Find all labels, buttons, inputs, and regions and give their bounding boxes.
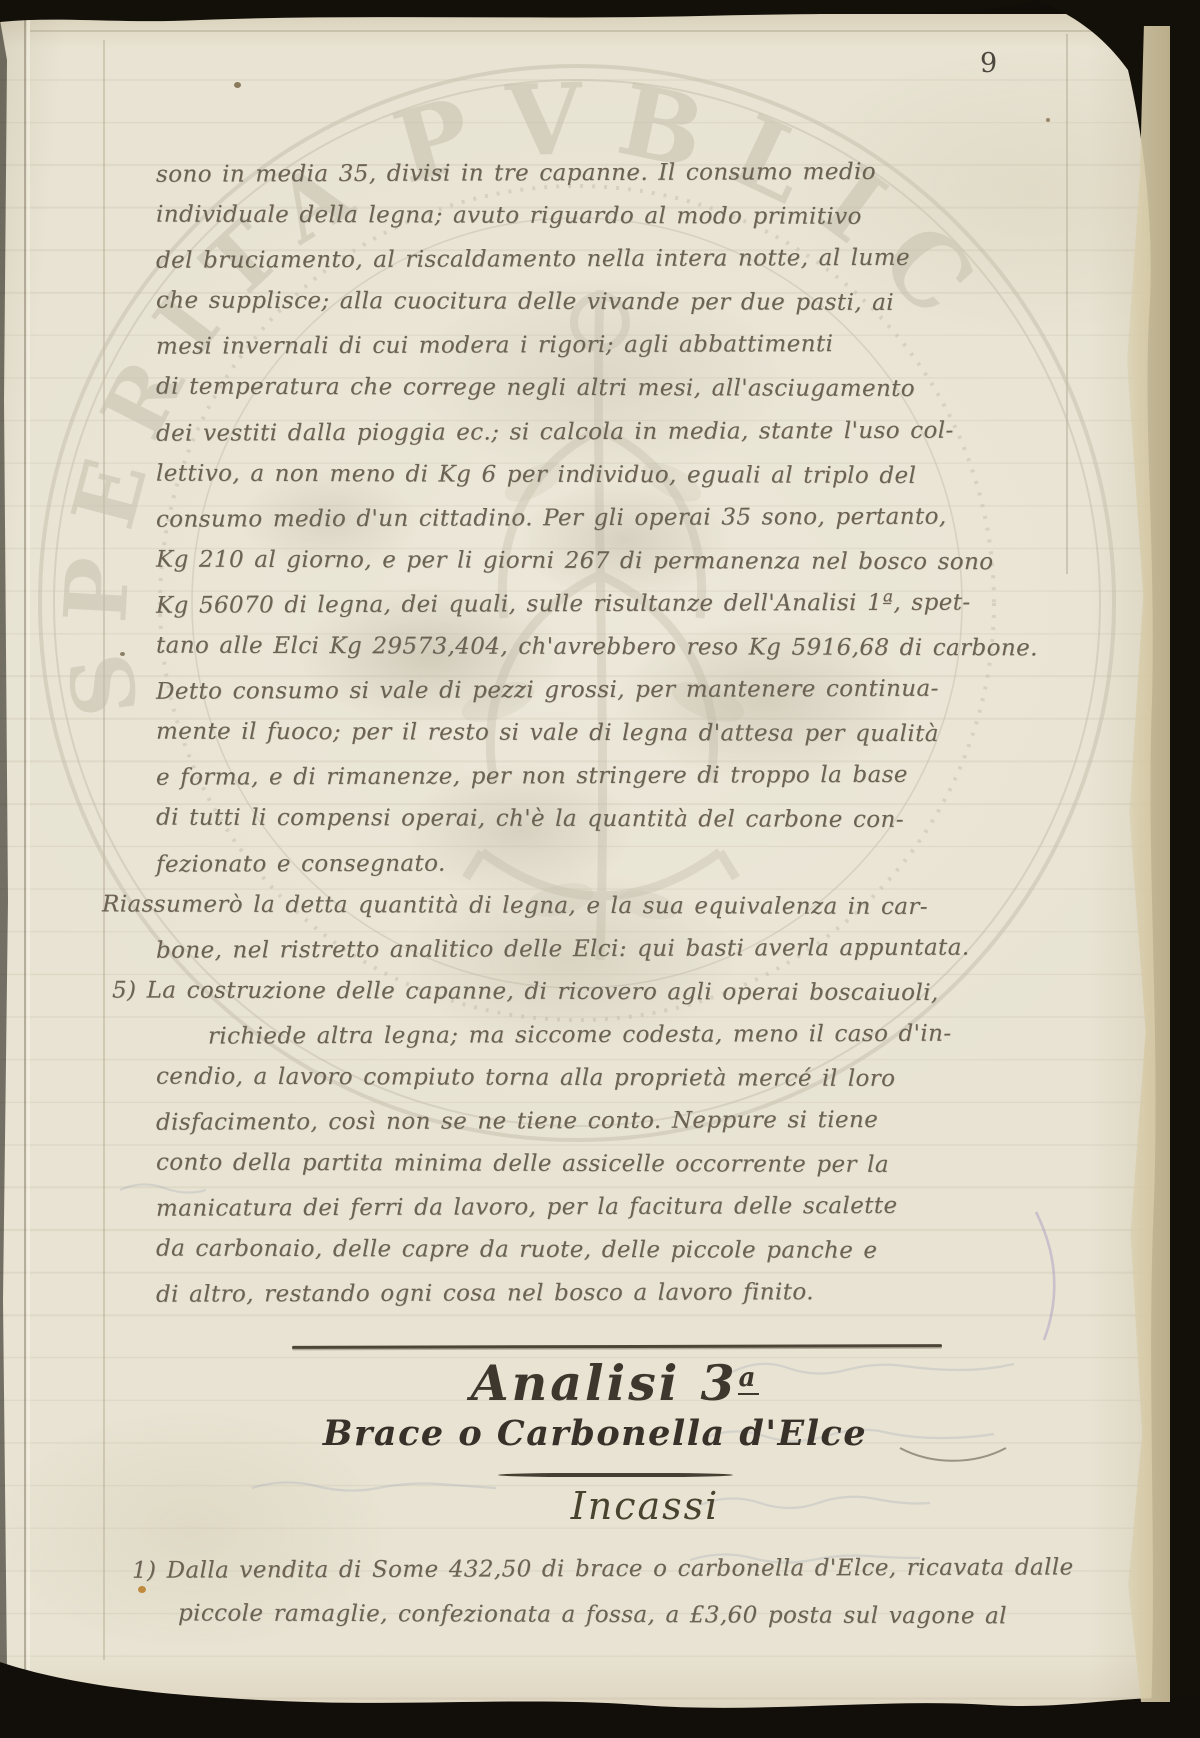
manuscript-scan-page: SPERITA PVBLIC bbox=[0, 0, 1200, 1738]
top-dark-edge bbox=[0, 0, 1036, 22]
bottom-torn-dark-edge bbox=[0, 1662, 1200, 1738]
left-dark-sliver bbox=[0, 20, 8, 1670]
scan-background-edges bbox=[0, 0, 1200, 1738]
right-dark-edge bbox=[1036, 0, 1200, 1738]
